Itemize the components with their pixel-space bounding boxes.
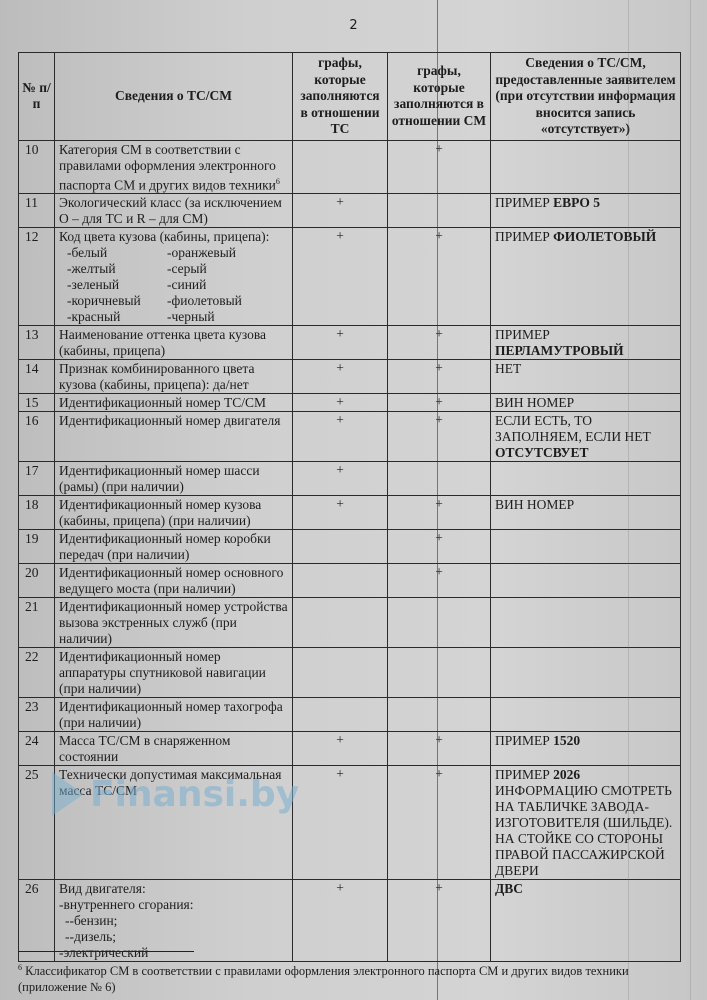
vehicle-info-table: № п/п Сведения о ТС/СМ графы, которые за… bbox=[18, 52, 681, 962]
table-row: 21Идентификационный номер устройства выз… bbox=[19, 598, 681, 648]
row-info-text: Идентификационный номер устройства вызов… bbox=[59, 599, 288, 646]
color-list: -белый-оранжевый-желтый-серый-зеленый-си… bbox=[59, 245, 288, 325]
color-option: -фиолетовый bbox=[167, 293, 267, 309]
applicant-plain: НЕТ bbox=[495, 361, 521, 376]
cm-mark bbox=[388, 462, 491, 496]
row-info-text: Код цвета кузова (кабины, прицепа): bbox=[59, 229, 269, 244]
ts-mark bbox=[293, 648, 388, 698]
row-number: 24 bbox=[19, 732, 55, 766]
table-row: 16Идентификационный номер двигателя++ЕСЛ… bbox=[19, 412, 681, 462]
ts-mark: + bbox=[293, 194, 388, 228]
table-row: 12Код цвета кузова (кабины, прицепа):-бе… bbox=[19, 228, 681, 326]
row-number: 12 bbox=[19, 228, 55, 326]
row-info: Идентификационный номер аппаратуры спутн… bbox=[55, 648, 293, 698]
cm-mark: + bbox=[388, 496, 491, 530]
ts-mark: + bbox=[293, 766, 388, 880]
row-number: 11 bbox=[19, 194, 55, 228]
row-info-text: Экологический класс (за исключением О – … bbox=[59, 195, 282, 226]
ts-mark bbox=[293, 698, 388, 732]
color-option: -коричневый bbox=[67, 293, 167, 309]
applicant-value: ПРИМЕР ПЕРЛАМУТРОВЫЙ bbox=[491, 326, 681, 360]
row-number: 23 bbox=[19, 698, 55, 732]
cm-mark: + bbox=[388, 766, 491, 880]
ts-mark: + bbox=[293, 394, 388, 412]
applicant-value: НЕТ bbox=[491, 360, 681, 394]
applicant-bold: ФИОЛЕТОВЫЙ bbox=[553, 229, 656, 244]
table-row: 18Идентификационный номер кузова (кабины… bbox=[19, 496, 681, 530]
table-row: 17Идентификационный номер шасси (рамы) (… bbox=[19, 462, 681, 496]
applicant-bold: 2026 bbox=[553, 767, 580, 782]
row-info-text: Наименование оттенка цвета кузова (кабин… bbox=[59, 327, 266, 358]
row-number: 21 bbox=[19, 598, 55, 648]
cm-mark bbox=[388, 648, 491, 698]
cm-mark bbox=[388, 598, 491, 648]
row-info-text: Идентификационный номер двигателя bbox=[59, 413, 280, 428]
cm-mark: + bbox=[388, 412, 491, 462]
row-info: Признак комбинированного цвета кузова (к… bbox=[55, 360, 293, 394]
row-info: Идентификационный номер тахогрофа (при н… bbox=[55, 698, 293, 732]
row-number: 22 bbox=[19, 648, 55, 698]
engine-type-option: -внутреннего сгорания: bbox=[59, 897, 288, 913]
row-info: Идентификационный номер ТС/СМ bbox=[55, 394, 293, 412]
footnote: 6 Классификатор СМ в соответствии с прав… bbox=[18, 960, 698, 995]
row-info: Вид двигателя:-внутреннего сгорания:--бе… bbox=[55, 880, 293, 962]
ts-mark: + bbox=[293, 228, 388, 326]
header-cm: графы, которые заполняются в отношении С… bbox=[388, 53, 491, 141]
ts-mark: + bbox=[293, 326, 388, 360]
color-option: -белый bbox=[67, 245, 167, 261]
applicant-value: ПРИМЕР ФИОЛЕТОВЫЙ bbox=[491, 228, 681, 326]
cm-mark: + bbox=[388, 530, 491, 564]
ts-mark: + bbox=[293, 880, 388, 962]
applicant-value: ДВС bbox=[491, 880, 681, 962]
row-number: 18 bbox=[19, 496, 55, 530]
row-info-text: Идентификационный номер основного ведуще… bbox=[59, 565, 283, 596]
applicant-plain: ПРИМЕР bbox=[495, 733, 553, 748]
table-row: 24Масса ТС/СМ в снаряженном состоянии++П… bbox=[19, 732, 681, 766]
page-number: 2 bbox=[0, 18, 707, 33]
header-info: Сведения о ТС/СМ bbox=[55, 53, 293, 141]
table-row: 23Идентификационный номер тахогрофа (при… bbox=[19, 698, 681, 732]
row-info-text: Идентификационный номер шасси (рамы) (пр… bbox=[59, 463, 260, 494]
ts-mark: + bbox=[293, 412, 388, 462]
table-row: 15Идентификационный номер ТС/СМ++ВИН НОМ… bbox=[19, 394, 681, 412]
table-row: 10Категория СМ в соответствии с правилам… bbox=[19, 140, 681, 194]
row-info: Идентификационный номер устройства вызов… bbox=[55, 598, 293, 648]
row-info: Идентификационный номер двигателя bbox=[55, 412, 293, 462]
row-info-text: Идентификационный номер аппаратуры спутн… bbox=[59, 649, 266, 696]
row-info-text: Идентификационный номер ТС/СМ bbox=[59, 395, 266, 410]
applicant-bold: ПЕРЛАМУТРОВЫЙ bbox=[495, 343, 624, 358]
cm-mark: + bbox=[388, 564, 491, 598]
row-info-text: Признак комбинированного цвета кузова (к… bbox=[59, 361, 254, 392]
row-info: Масса ТС/СМ в снаряженном состоянии bbox=[55, 732, 293, 766]
row-number: 19 bbox=[19, 530, 55, 564]
row-info-text: Идентификационный номер тахогрофа (при н… bbox=[59, 699, 283, 730]
row-number: 15 bbox=[19, 394, 55, 412]
applicant-bold: ЕВРО 5 bbox=[553, 195, 600, 210]
color-option: -зеленый bbox=[67, 277, 167, 293]
row-info: Идентификационный номер кузова (кабины, … bbox=[55, 496, 293, 530]
row-info: Идентификационный номер основного ведуще… bbox=[55, 564, 293, 598]
row-info: Идентификационный номер коробки передач … bbox=[55, 530, 293, 564]
footnote-divider bbox=[18, 951, 194, 952]
table-row: 26Вид двигателя:-внутреннего сгорания:--… bbox=[19, 880, 681, 962]
cm-mark: + bbox=[388, 360, 491, 394]
row-number: 13 bbox=[19, 326, 55, 360]
color-option: -синий bbox=[167, 277, 267, 293]
table-row: 22Идентификационный номер аппаратуры спу… bbox=[19, 648, 681, 698]
applicant-value bbox=[491, 530, 681, 564]
row-number: 17 bbox=[19, 462, 55, 496]
table-header-row: № п/п Сведения о ТС/СМ графы, которые за… bbox=[19, 53, 681, 141]
engine-type-option: --дизель; bbox=[59, 929, 288, 945]
ts-mark: + bbox=[293, 360, 388, 394]
cm-mark bbox=[388, 194, 491, 228]
applicant-plain: ПРИМЕР bbox=[495, 229, 553, 244]
applicant-value: ПРИМЕР 2026ИНФОРМАЦИЮ СМОТРЕТЬ НА ТАБЛИЧ… bbox=[491, 766, 681, 880]
ts-mark bbox=[293, 530, 388, 564]
header-ts: графы, которые заполняются в отношении Т… bbox=[293, 53, 388, 141]
cm-mark: + bbox=[388, 880, 491, 962]
applicant-value: ПРИМЕР ЕВРО 5 bbox=[491, 194, 681, 228]
row-info: Наименование оттенка цвета кузова (кабин… bbox=[55, 326, 293, 360]
applicant-plain: ПРИМЕР bbox=[495, 327, 550, 342]
applicant-value bbox=[491, 698, 681, 732]
row-number: 16 bbox=[19, 412, 55, 462]
cm-mark: + bbox=[388, 140, 491, 194]
header-applicant: Сведения о ТС/СМ, предоставленные заявит… bbox=[491, 53, 681, 141]
ts-mark bbox=[293, 598, 388, 648]
row-info: Экологический класс (за исключением О – … bbox=[55, 194, 293, 228]
color-option: -серый bbox=[167, 261, 267, 277]
cm-mark: + bbox=[388, 326, 491, 360]
applicant-plain: ВИН НОМЕР bbox=[495, 497, 574, 512]
applicant-value bbox=[491, 462, 681, 496]
row-number: 26 bbox=[19, 880, 55, 962]
row-info: Код цвета кузова (кабины, прицепа):-белы… bbox=[55, 228, 293, 326]
color-option: -красный bbox=[67, 309, 167, 325]
applicant-value bbox=[491, 598, 681, 648]
engine-type-option: --бензин; bbox=[59, 913, 288, 929]
row-info-text: Категория СМ в соответствии с правилами … bbox=[59, 142, 276, 193]
applicant-plain: ВИН НОМЕР bbox=[495, 395, 574, 410]
watermark-arrow-icon bbox=[52, 772, 84, 816]
applicant-value: ПРИМЕР 1520 bbox=[491, 732, 681, 766]
applicant-value: ЕСЛИ ЕСТЬ, ТО ЗАПОЛНЯЕМ, ЕСЛИ НЕТ ОТСУТС… bbox=[491, 412, 681, 462]
color-option: -желтый bbox=[67, 261, 167, 277]
footnote-ref: 6 bbox=[276, 177, 280, 186]
ts-mark bbox=[293, 564, 388, 598]
applicant-note: ИНФОРМАЦИЮ СМОТРЕТЬ НА ТАБЛИЧКЕ ЗАВОДА-И… bbox=[495, 783, 676, 879]
ts-mark bbox=[293, 140, 388, 194]
watermark-text: Finansi.by bbox=[90, 774, 299, 815]
row-info: Идентификационный номер шасси (рамы) (пр… bbox=[55, 462, 293, 496]
table-row: 20Идентификационный номер основного веду… bbox=[19, 564, 681, 598]
row-info-text: Идентификационный номер кузова (кабины, … bbox=[59, 497, 261, 528]
applicant-value: ВИН НОМЕР bbox=[491, 496, 681, 530]
row-number: 20 bbox=[19, 564, 55, 598]
ts-mark: + bbox=[293, 462, 388, 496]
ts-mark: + bbox=[293, 732, 388, 766]
row-number: 14 bbox=[19, 360, 55, 394]
row-number: 25 bbox=[19, 766, 55, 880]
table-row: 19Идентификационный номер коробки переда… bbox=[19, 530, 681, 564]
row-number: 10 bbox=[19, 140, 55, 194]
table-row: 14Признак комбинированного цвета кузова … bbox=[19, 360, 681, 394]
header-num: № п/п bbox=[19, 53, 55, 141]
table-row: 13Наименование оттенка цвета кузова (каб… bbox=[19, 326, 681, 360]
cm-mark: + bbox=[388, 394, 491, 412]
applicant-value: ВИН НОМЕР bbox=[491, 394, 681, 412]
applicant-bold: ОТСУТСВУЕТ bbox=[495, 445, 589, 460]
cm-mark: + bbox=[388, 732, 491, 766]
engine-type-option: -электрический bbox=[59, 945, 288, 961]
applicant-value bbox=[491, 140, 681, 194]
footnote-text: Классификатор СМ в соответствии с правил… bbox=[18, 964, 629, 994]
row-info-text: Масса ТС/СМ в снаряженном состоянии bbox=[59, 733, 230, 764]
row-info: Категория СМ в соответствии с правилами … bbox=[55, 140, 293, 194]
applicant-value bbox=[491, 564, 681, 598]
applicant-bold: ДВС bbox=[495, 881, 523, 896]
applicant-bold: 1520 bbox=[553, 733, 580, 748]
color-option: -черный bbox=[167, 309, 267, 325]
row-info-text: Идентификационный номер коробки передач … bbox=[59, 531, 271, 562]
table-row: 11Экологический класс (за исключением О … bbox=[19, 194, 681, 228]
row-info-text: Вид двигателя: bbox=[59, 881, 146, 896]
applicant-plain: ПРИМЕР bbox=[495, 767, 553, 782]
cm-mark: + bbox=[388, 228, 491, 326]
cm-mark bbox=[388, 698, 491, 732]
watermark: Finansi.by bbox=[52, 772, 299, 816]
applicant-plain: ПРИМЕР bbox=[495, 195, 553, 210]
ts-mark: + bbox=[293, 496, 388, 530]
applicant-value bbox=[491, 648, 681, 698]
color-option: -оранжевый bbox=[167, 245, 267, 261]
